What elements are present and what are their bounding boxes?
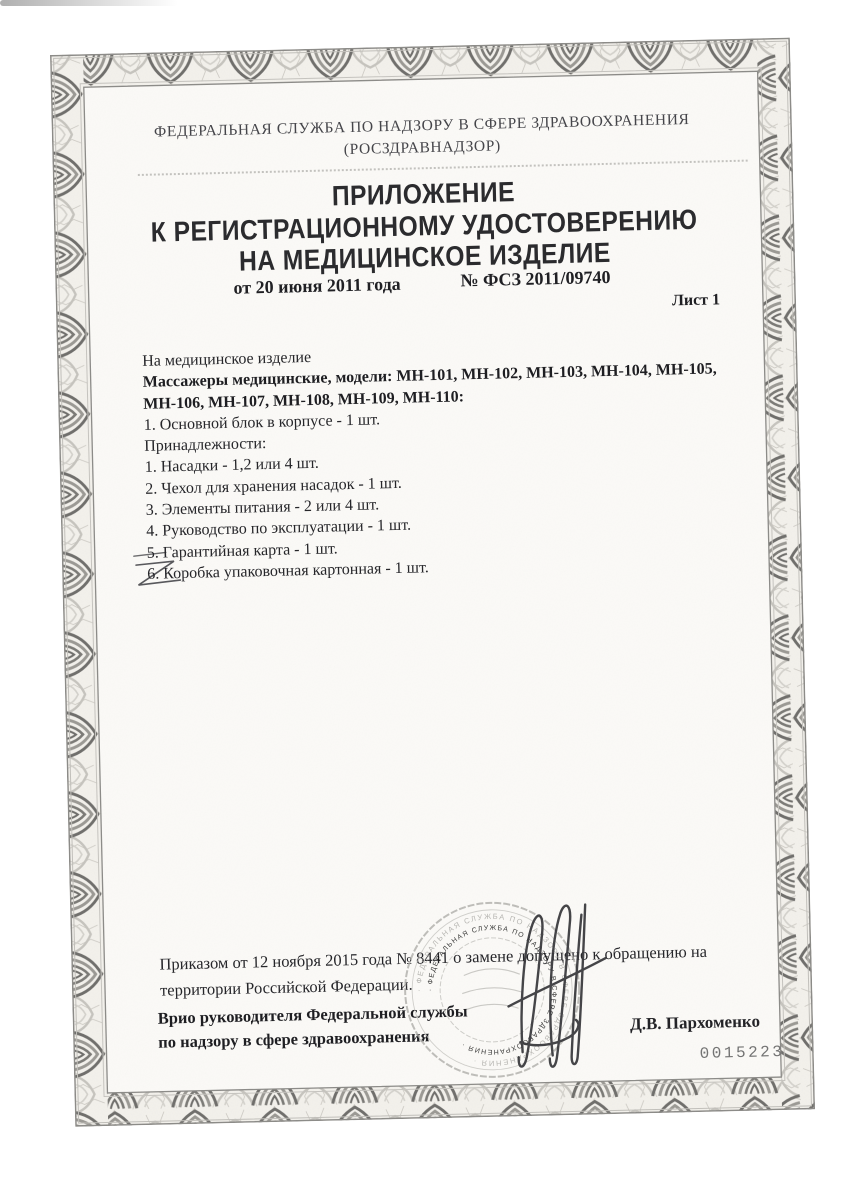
scan-edge-smudge — [0, 0, 178, 6]
scanned-document-page: ФЕДЕРАЛЬНАЯ СЛУЖБА ПО НАДЗОРУ В СФЕРЕ ЗД… — [0, 0, 849, 1200]
stamp-ring-text: · ФЕДЕРАЛЬНАЯ СЛУЖБА ПО НАДЗОРУ В СФЕРЕ … — [412, 910, 572, 1070]
stamp-inner-ring-text: · ФЕДЕРАЛЬНАЯ СЛУЖБА ПО НАДЗОРУ В СФЕРЕ … — [426, 923, 559, 1056]
official-seal-stamp-icon: · ФЕДЕРАЛЬНАЯ СЛУЖБА ПО НАДЗОРУ В СФЕРЕ … — [403, 901, 581, 1079]
certificate-sheet: ФЕДЕРАЛЬНАЯ СЛУЖБА ПО НАДЗОРУ В СФЕРЕ ЗД… — [50, 38, 815, 1127]
svg-text:· ФЕДЕРАЛЬНАЯ СЛУЖБА ПО НАДЗОР: · ФЕДЕРАЛЬНАЯ СЛУЖБА ПО НАДЗОРУ В СФЕРЕ … — [426, 923, 559, 1056]
svg-text:· ФЕДЕРАЛЬНАЯ СЛУЖБА ПО НАДЗОР: · ФЕДЕРАЛЬНАЯ СЛУЖБА ПО НАДЗОРУ В СФЕРЕ … — [412, 910, 572, 1070]
stamp-signature-layer: · ФЕДЕРАЛЬНАЯ СЛУЖБА ПО НАДЗОРУ В СФЕРЕ … — [50, 38, 815, 1127]
